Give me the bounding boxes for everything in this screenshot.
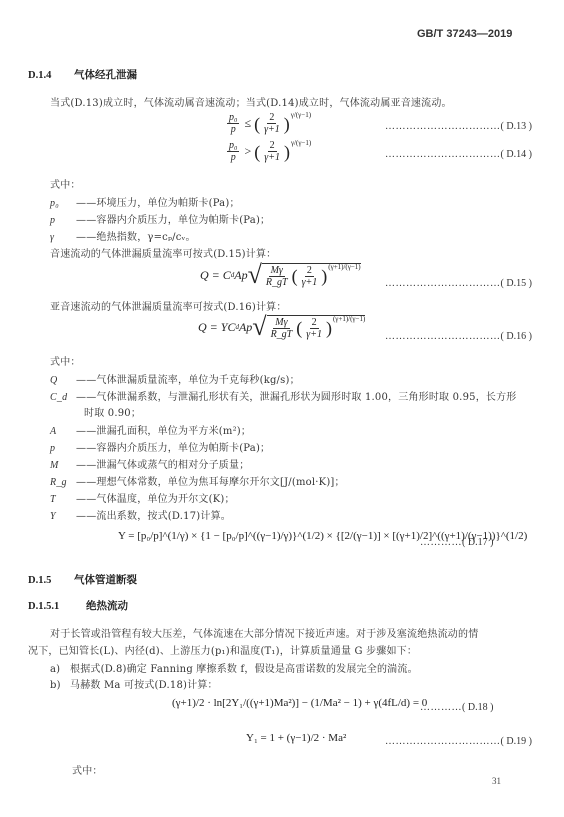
section-heading-d15: D.1.5气体管道断裂 [28, 572, 137, 587]
section-number: D.1.5.1 [28, 601, 86, 612]
section-number: D.1.4 [28, 70, 74, 81]
definition-item: p₀——环境压力，单位为帕斯卡(Pa)； [50, 194, 240, 209]
definition-item: p——容器内介质压力，单位为帕斯卡(Pa)； [50, 211, 270, 226]
section-heading-d14: D.1.4气体经孔泄漏 [28, 67, 137, 82]
standard-code: GB/T 37243—2019 [417, 28, 512, 40]
intro-paragraph: 当式(D.13)成立时，气体流动属音速流动；当式(D.14)成立时，气体流动属亚… [50, 94, 452, 109]
equation-d13: p₀p ≤ (2γ+1)γ/(γ−1) [225, 112, 311, 135]
equation-d14: p₀p > (2γ+1)γ/(γ−1) [225, 140, 311, 163]
equation-number-d19: ……………………………( D.19 ) [385, 736, 532, 747]
step-b: b)马赫数 Ma 可按式(D.18)计算： [50, 676, 218, 691]
definition-item: Y——流出系数，按式(D.17)计算。 [50, 507, 231, 522]
equation-d18: (γ+1)/2 · ln[2Y₁/((γ+1)Ma²)] − (1/Ma² − … [172, 697, 427, 709]
equation-number-d14: ……………………………( D.14 ) [385, 149, 532, 160]
equation-d15: Q = CdAp √ MγR_gT (2γ+1)(γ+1)/(γ−1) [200, 262, 361, 288]
definition-continuation: 时取 0.90； [84, 404, 141, 419]
equation-number-d13: ……………………………( D.13 ) [385, 121, 532, 132]
definition-item: M——泄漏气体或蒸气的相对分子质量； [50, 456, 249, 471]
section-title: 绝热流动 [86, 600, 128, 612]
step-a: a)根据式(D.8)确定 Fanning 摩擦系数 f，假设是高雷诺数的发展完全… [50, 660, 418, 675]
adiabatic-paragraph-line1: 对于长管或沿管程有较大压差，气体流速在大部分情况下接近声速。对于涉及塞流绝热流动… [50, 625, 478, 640]
section-title: 气体经孔泄漏 [74, 69, 137, 81]
where-label: 式中： [72, 762, 103, 777]
definition-item: γ——绝热指数，γ=cₚ/cᵥ。 [50, 228, 196, 243]
section-title: 气体管道断裂 [74, 574, 137, 586]
where-label: 式中： [50, 353, 81, 368]
equation-number-d17: …………( D.17 ) [420, 537, 493, 548]
equation-number-d18: …………( D.18 ) [420, 702, 493, 713]
section-heading-d151: D.1.5.1绝热流动 [28, 598, 128, 613]
definition-item: p——容器内介质压力，单位为帕斯卡(Pa)； [50, 439, 270, 454]
definition-item: C_d——气体泄漏系数，与泄漏孔形状有关，泄漏孔形状为圆形时取 1.00，三角形… [50, 388, 517, 403]
adiabatic-paragraph-line2: 况下，已知管长(L)、内径(d)、上游压力(p₁)和温度(T₁)，计算质量通量 … [28, 642, 417, 657]
section-number: D.1.5 [28, 575, 74, 586]
definition-item: R_g——理想气体常数，单位为焦耳每摩尔开尔文[J/(mol·K)]； [50, 473, 345, 488]
equation-number-d16: ……………………………( D.16 ) [385, 331, 532, 342]
equation-d16: Q = YCdAp √ MγR_gT (2γ+1)(γ+1)/(γ−1) [198, 314, 365, 340]
definition-item: A——泄漏孔面积，单位为平方米(m²)； [50, 422, 251, 437]
page-number: 31 [492, 776, 501, 786]
equation-number-d15: ……………………………( D.15 ) [385, 278, 532, 289]
definition-item: T——气体温度，单位为开尔文(K)； [50, 490, 235, 505]
equation-d19: Y₁ = 1 + (γ−1)/2 · Ma² [246, 732, 346, 744]
sonic-paragraph: 音速流动的气体泄漏质量流率可按式(D.15)计算： [50, 245, 276, 260]
subsonic-paragraph: 亚音速流动的气体泄漏质量流率可按式(D.16)计算： [50, 298, 287, 313]
definition-item: Q——气体泄漏质量流率，单位为千克每秒(kg/s)； [50, 371, 300, 386]
where-label: 式中： [50, 176, 81, 191]
